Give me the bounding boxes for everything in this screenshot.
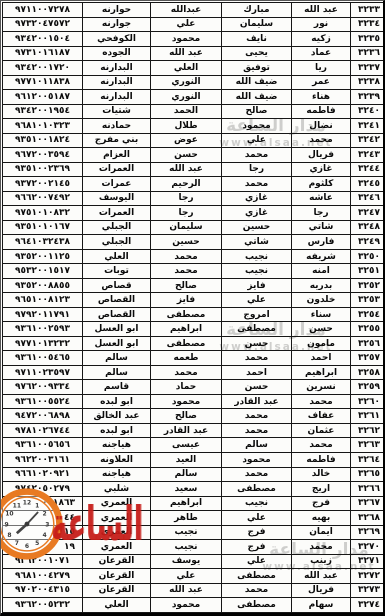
table-row: ٣٢٣٦عماديحيىعبد اللهالجوده٩٧٣١٠١٦١٨٧	[3, 46, 385, 61]
cell-father_name: نايف	[222, 32, 292, 47]
cell-grandfather_name: الحمد	[151, 104, 222, 119]
cell-national_id: ٩٤٧٢٠٠٦٨٩٨	[3, 409, 83, 424]
cell-father_name: علي	[222, 133, 292, 148]
cell-family_name: الكوفحي	[83, 32, 151, 47]
cell-family_name: هياجنه	[83, 467, 151, 482]
cell-father_name: مصطفى	[222, 322, 292, 337]
cell-family_name: القصاص	[83, 307, 151, 322]
cell-given_name: سناء	[292, 307, 351, 322]
cell-father_name: يحيى	[222, 46, 292, 61]
cell-national_id: ٩٣٥١٠٠٢٣٦٩	[3, 162, 83, 177]
cell-seq: ٣٢٤٤	[351, 162, 385, 177]
cell-father_name: محمد	[222, 409, 292, 424]
cell-family_name: اليوسف	[83, 191, 151, 206]
cell-seq: ٣٢٦٦	[351, 482, 385, 497]
cell-grandfather_name: طاهر	[151, 511, 222, 526]
cell-national_id: ٩٦٥١٠٠٨١٢٣	[3, 293, 83, 308]
cell-grandfather_name: طعمه	[151, 351, 222, 366]
cell-national_id: ٩٧٧١٠١٣٢٣٢	[3, 336, 83, 351]
table-row: ٣٢٤٥كلثوممحمدالرحيمعمرات٩٣٧٢٠٠٢١٤٥	[3, 177, 385, 192]
cell-grandfather_name: عبدالله	[151, 3, 222, 18]
cell-seq: ٣٢٦٩	[351, 525, 385, 540]
cell-family_name: بني مفرج	[83, 133, 151, 148]
cell-grandfather_name: عبد الله	[151, 162, 222, 177]
cell-grandfather_name: صالح	[151, 278, 222, 293]
cell-family_name: الجوده	[83, 46, 151, 61]
cell-national_id: ٩٣٥١٠١٠١٦٧	[3, 220, 83, 235]
cell-national_id: ٩٣٧٢٠٠٢١٤٥	[3, 177, 83, 192]
cell-grandfather_name: طلال	[151, 119, 222, 134]
cell-national_id: ٩٦٧٢٠٠٣٥٩٤	[3, 148, 83, 163]
cell-family_name: عمرات	[83, 177, 151, 192]
cell-father_name: مصطفى	[222, 598, 292, 613]
cell-father_name: ضيف الله	[222, 75, 292, 90]
table-row: ٣٢٥٤سناءامروجمصطفىالقصاص٩٧٩٢٠١١٧٩١	[3, 307, 385, 322]
cell-national_id: ٩٣٤٢٠٠١٧٢٠	[3, 61, 83, 76]
cell-grandfather_name: علي	[151, 17, 222, 32]
cell-family_name: العمرات	[83, 162, 151, 177]
cell-given_name: نور	[292, 17, 351, 32]
cell-grandfather_name: مصطفى	[151, 336, 222, 351]
cell-family_name: سالم	[83, 365, 151, 380]
cell-national_id: ٩٣٤٢٠٠١٥٠٤	[3, 32, 83, 47]
cell-family_name: قاسم	[83, 380, 151, 395]
cell-national_id: ٩٧٣٢٠٤٧٥٧٢	[3, 17, 83, 32]
cell-seq: ٣٢٤٩	[351, 235, 385, 250]
cell-grandfather_name: العلي	[151, 61, 222, 76]
cell-family_name: قصاص	[83, 278, 151, 293]
cell-grandfather_name: سعيد	[151, 482, 222, 497]
cell-seq: ٣٢٥٨	[351, 365, 385, 380]
cell-seq: ٣٢٦٧	[351, 496, 385, 511]
cell-family_name: البدارنه	[83, 90, 151, 105]
cell-seq: ٣٢٦٠	[351, 394, 385, 409]
cell-national_id: ٩٧٥١٠١٠٨٣٢	[3, 206, 83, 221]
cell-father_name: صالح	[222, 104, 292, 119]
cell-family_name: العمري	[83, 511, 151, 526]
table-row: ٣٢٧٠محمدفرجنجيبالعمري١٩	[3, 540, 385, 555]
table-row: ٣٢٣٩هناءضيف اللهالنوريالبدارنه٩٦١٢٠٠٥١٨٧	[3, 90, 385, 105]
cell-father_name: احمد	[222, 365, 292, 380]
table-row: ٣٢٤٤غازيرجاعبد اللهالعمرات٩٣٥١٠٠٢٣٦٩	[3, 162, 385, 177]
cell-national_id: ٩٣٦٢٠٠١٠٧١	[3, 554, 83, 569]
cell-family_name: العمرات	[83, 206, 151, 221]
table-row: ٣٢٤٠فاطمهصالحالحمدشتيات٩٣٤٢٠٠١٩٥٤	[3, 104, 385, 119]
cell-father_name: رجا	[222, 162, 292, 177]
table-row: ٣٢٥٣خلدونعليفايزالقصاص٩٦٥١٠٠٨١٢٣	[3, 293, 385, 308]
cell-father_name: عبد القادر	[222, 394, 292, 409]
cell-national_id: ٩٧٠٢٠٠٤٣١٥	[3, 583, 83, 598]
cell-national_id: ١٩	[3, 540, 83, 555]
cell-family_name: العمري	[83, 496, 151, 511]
cell-grandfather_name: عبد الله	[151, 583, 222, 598]
table-row: ٣٢٦٦اريجمصطفىسعيدشلبي٩٧٤٢٠٥٠٢٧٩	[3, 482, 385, 497]
cell-grandfather_name: محمد	[151, 264, 222, 279]
cell-given_name: اريج	[292, 482, 351, 497]
cell-seq: ٣٢٤١	[351, 119, 385, 134]
cell-family_name: توبات	[83, 264, 151, 279]
table-row: ٣٢٥٧احمدمحمدطعمهسالم٩٣٦١٠٠٥٤٦٥	[3, 351, 385, 366]
cell-given_name: عمر	[292, 75, 351, 90]
cell-family_name: البدارنه	[83, 75, 151, 90]
table-row: ٣٢٤١نضالمحمودطلالحمادنه٩٦٨١٠١٠٣٢٣	[3, 119, 385, 134]
cell-given_name: محمد	[292, 133, 351, 148]
cell-family_name: العلي	[83, 249, 151, 264]
cell-family_name: العمري	[83, 540, 151, 555]
cell-grandfather_name: سليمان	[151, 220, 222, 235]
cell-national_id: ٩٧١١٠٠٧٢٧٨	[3, 3, 83, 18]
cell-given_name: فريال	[292, 583, 351, 598]
cell-seq: ٣٢٥٠	[351, 249, 385, 264]
cell-seq: ٣٢٦٥	[351, 467, 385, 482]
table-row: ٣٢٣٣عبد اللهمباركعبداللهحوارنه٩٧١١٠٠٧٢٧٨	[3, 3, 385, 18]
cell-grandfather_name: سالم	[151, 467, 222, 482]
cell-seq: ٣٢٧٤	[351, 598, 385, 613]
cell-national_id: ٩٧١١٠٢٣٥٩٧	[3, 365, 83, 380]
cell-national_id: ٩٧٤٢٠٥٠٢٧٩	[3, 482, 83, 497]
cell-family_name: القصاص	[83, 293, 151, 308]
cell-given_name: فاطمه	[292, 104, 351, 119]
cell-given_name: زكيه	[292, 32, 351, 47]
table-row: ٣٢٧٤سهاممصطفىمحمودالعلي٩٣٦٢٠٠٥٢٣٢	[3, 598, 385, 613]
cell-father_name: محمد	[222, 583, 292, 598]
cell-father_name: فرج	[222, 540, 292, 555]
cell-grandfather_name: عبد القادر	[151, 423, 222, 438]
cell-seq: ٣٢٤٠	[351, 104, 385, 119]
cell-seq: ٣٢٥٣	[351, 293, 385, 308]
cell-grandfather_name: مصطفى	[151, 307, 222, 322]
table-row: ٣٢٦٢عثمانمحمدعبد القادرابو لبده٩٧٨١٠٢٦٧٤…	[3, 423, 385, 438]
cell-father_name: مصطفى	[222, 569, 292, 584]
cell-given_name: هناء	[292, 90, 351, 105]
cell-father_name: محمود	[222, 452, 292, 467]
cell-given_name: عاشه	[292, 191, 351, 206]
table-row: ٣٢٤٩فارسشاتيحسينالجبلي٩٦٤١٠٣٢٤٣٨	[3, 235, 385, 250]
cell-given_name: فاطمه	[292, 452, 351, 467]
cell-national_id: ٩٣٥٢٠٠٨٨٥٥	[3, 278, 83, 293]
cell-grandfather_name: حماد	[151, 380, 222, 395]
table-row: ٣٢٣٥زكيهنايفمحمودالكوفحي٩٣٤٢٠٠١٥٠٤	[3, 32, 385, 47]
cell-family_name: شلبي	[83, 482, 151, 497]
cell-grandfather_name: علي	[151, 569, 222, 584]
cell-seq: ٣٢٥٢	[351, 278, 385, 293]
cell-grandfather_name: محمود	[151, 598, 222, 613]
cell-father_name: فايز	[222, 278, 292, 293]
table-row: ٣٢٦٧فرجنجيبابراهيمالعمري٠١١٨٦٣	[3, 496, 385, 511]
cell-family_name: سالم	[83, 351, 151, 366]
cell-father_name: محمد	[222, 148, 292, 163]
cell-given_name: فريال	[292, 148, 351, 163]
cell-given_name: عبد الله	[292, 569, 351, 584]
cell-grandfather_name: نجيب	[151, 525, 222, 540]
cell-seq: ٣٢٦١	[351, 409, 385, 424]
cell-national_id: ٩٧٦٢٠٠٩٣٣٤	[3, 380, 83, 395]
cell-given_name: فارس	[292, 235, 351, 250]
cell-national_id: ٩٣٥١٠٠١٨٢٤	[3, 133, 83, 148]
cell-father_name: غازي	[222, 191, 292, 206]
table-row: ٣٢٥١امنهنجيبمحمدتوبات٩٥٣٢٠٠١٥١٧	[3, 264, 385, 279]
cell-given_name: رجا	[292, 206, 351, 221]
cell-family_name: ابو لبده	[83, 394, 151, 409]
cell-national_id: ٠١١٨٦٣	[3, 496, 83, 511]
cell-given_name: محمد	[292, 394, 351, 409]
table-row: ٣٢٦٤فاطمهمحمودالعيدالعلاونه٩٦٢٢٠٠٣١٦١	[3, 452, 385, 467]
cell-father_name: غازي	[222, 206, 292, 221]
cell-national_id: ٩٣٦١٠٠٥٤٦٥	[3, 351, 83, 366]
cell-father_name: فرج	[222, 525, 292, 540]
cell-seq: ٣٢٤٣	[351, 148, 385, 163]
cell-father_name: امروج	[222, 307, 292, 322]
cell-given_name: زينب	[292, 554, 351, 569]
cell-grandfather_name: عيسى	[151, 438, 222, 453]
cell-family_name: شتيات	[83, 104, 151, 119]
cell-given_name: محمد	[292, 438, 351, 453]
cell-family_name: جوارنه	[83, 17, 151, 32]
cell-family_name: القرعان	[83, 569, 151, 584]
cell-family_name: العزام	[83, 148, 151, 163]
cell-given_name: ابراهيم	[292, 365, 351, 380]
cell-grandfather_name: العيد	[151, 452, 222, 467]
table-row: ٣٢٦٠محمدعبد القادرمحمودابو لبده٩٣٦١٠٠٥٥٢…	[3, 394, 385, 409]
cell-grandfather_name: حسن	[151, 148, 222, 163]
cell-given_name: نضال	[292, 119, 351, 134]
table-row: ٣٢٦٨بهيهعليطاهرالعمري٤٤	[3, 511, 385, 526]
cell-grandfather_name: عبد الله	[151, 46, 222, 61]
cell-national_id: ٩٧٣١٠١٦١٨٧	[3, 46, 83, 61]
cell-grandfather_name: رجا	[151, 206, 222, 221]
cell-grandfather_name: حسين	[151, 235, 222, 250]
cell-family_name: البدارنه	[83, 61, 151, 76]
cell-family_name: القرعان	[83, 554, 151, 569]
scanned-roster-page: مدار الساعة www.alsaa.net مدار الساعة ww…	[0, 0, 385, 616]
cell-seq: ٣٢٧١	[351, 554, 385, 569]
cell-national_id: ٩٦٨١٠٠٤٢٧٩	[3, 569, 83, 584]
cell-national_id: ٩٧٧١٠١١٨٣٨	[3, 75, 83, 90]
cell-seq: ٣٢٦٨	[351, 511, 385, 526]
cell-seq: ٣٢٥٩	[351, 380, 385, 395]
cell-given_name: عبد الله	[292, 3, 351, 18]
cell-given_name: خالد	[292, 467, 351, 482]
cell-national_id: ٩٦٤١٠٣٢٤٣٨	[3, 235, 83, 250]
cell-grandfather_name: النوري	[151, 75, 222, 90]
cell-seq: ٣٢٤٦	[351, 191, 385, 206]
cell-national_id: ٩٦٦١٠٢٠٩٢١	[3, 467, 83, 482]
cell-family_name: ابو لبده	[83, 423, 151, 438]
table-row: ٣٢٥٨ابراهيماحمدمحمدسالم٩٧١١٠٢٣٥٩٧	[3, 365, 385, 380]
table-row: ٣٢٧٣فريالمحمدعبد اللهالقرعان٩٧٠٢٠٠٤٣١٥	[3, 583, 385, 598]
cell-seq: ٣٢٥٧	[351, 351, 385, 366]
cell-grandfather_name: محمد	[151, 249, 222, 264]
cell-grandfather_name: عوض	[151, 133, 222, 148]
cell-family_name: حوارنه	[83, 3, 151, 18]
cell-seq: ٣٢٣٤	[351, 17, 385, 32]
table-row: ٣٢٦٣محمدسالمعيسىهياجنه٩٣٦١٠٠٥٦٥٦	[3, 438, 385, 453]
cell-grandfather_name: ابراهيم	[151, 496, 222, 511]
cell-given_name: فرج	[292, 496, 351, 511]
cell-father_name: شاتي	[222, 235, 292, 250]
cell-given_name: احمد	[292, 351, 351, 366]
cell-national_id: ٩٧٨١٠٢٦٧٤٤	[3, 423, 83, 438]
table-row: ٣٢٤٦عاشهغازيرجااليوسف٩٦٦٢٠٠٧٤٩٢	[3, 191, 385, 206]
cell-grandfather_name: رجا	[151, 191, 222, 206]
cell-national_id: ٤٤	[3, 511, 83, 526]
cell-given_name: محمد	[292, 540, 351, 555]
cell-family_name: الجبلي	[83, 220, 151, 235]
table-row: ٣٢٣٧رياتوفيقالعليالبدارنه٩٣٤٢٠٠١٧٢٠	[3, 61, 385, 76]
cell-grandfather_name: فايز	[151, 293, 222, 308]
cell-father_name: محمود	[222, 119, 292, 134]
cell-father_name: حسن	[222, 336, 292, 351]
cell-seq: ٣٢٣٧	[351, 61, 385, 76]
cell-seq: ٣٢٣٥	[351, 32, 385, 47]
cell-grandfather_name: ابراهيم	[151, 322, 222, 337]
cell-grandfather_name: الرحيم	[151, 177, 222, 192]
cell-grandfather_name: محمود	[151, 32, 222, 47]
cell-given_name: حسن	[292, 322, 351, 337]
cell-seq: ٣٢٦٢	[351, 423, 385, 438]
cell-given_name: خلدون	[292, 293, 351, 308]
cell-national_id: ٩٦٢٢٠٠٣١٦١	[3, 452, 83, 467]
cell-grandfather_name: صالح	[151, 409, 222, 424]
cell-given_name: غازي	[292, 162, 351, 177]
table-row: ٣٢٥٩نسرينحسنحمادقاسم٩٧٦٢٠٠٩٣٣٤	[3, 380, 385, 395]
cell-national_id: ٩٦١٢٠٠٥١٨٧	[3, 90, 83, 105]
cell-national_id: ٩٣٦٢٠٠٥٢٣٢	[3, 598, 83, 613]
cell-family_name: عبد الخالق	[83, 409, 151, 424]
cell-family_name: ابو العسل	[83, 336, 151, 351]
cell-national_id: ٩٥٣٢٠٠١٥١٧	[3, 264, 83, 279]
cell-given_name: ايمان	[292, 525, 351, 540]
table-row: ٣٢٦٩ايمانفرجنجيبالعمري١٥	[3, 525, 385, 540]
table-row: ٣٢٥٦مامونحسنمصطفىابو العسل٩٧٧١٠١٣٢٣٢	[3, 336, 385, 351]
cell-national_id: ١٥	[3, 525, 83, 540]
table-row: ٣٢٧١زينبعلييوسفالقرعان٩٣٦٢٠٠١٠٧١	[3, 554, 385, 569]
table-row: ٣٢٤٧رجاغازيرجاالعمرات٩٧٥١٠١٠٨٣٢	[3, 206, 385, 221]
table-row: ٣٢٧٢عبد اللهمصطفىعليالقرعان٩٦٨١٠٠٤٢٧٩	[3, 569, 385, 584]
cell-family_name: العلي	[83, 598, 151, 613]
cell-father_name: محمد	[222, 467, 292, 482]
cell-family_name: العمري	[83, 525, 151, 540]
cell-grandfather_name: نجيب	[151, 540, 222, 555]
table-row: ٣٢٤٨شاتيحسينسليمانالجبلي٩٣٥١٠١٠١٦٧	[3, 220, 385, 235]
cell-seq: ٣٢٤٨	[351, 220, 385, 235]
cell-given_name: ريا	[292, 61, 351, 76]
cell-grandfather_name: يوسف	[151, 554, 222, 569]
cell-grandfather_name: محمود	[151, 394, 222, 409]
cell-national_id: ٩٣٦١٠٠٥٦٥٦	[3, 438, 83, 453]
table-row: ٣٢٤٢محمدعليعوضبني مفرج٩٣٥١٠٠١٨٢٤	[3, 133, 385, 148]
cell-family_name: ابو العسل	[83, 322, 151, 337]
cell-father_name: توفيق	[222, 61, 292, 76]
cell-father_name: نجيب	[222, 249, 292, 264]
cell-father_name: علي	[222, 511, 292, 526]
cell-given_name: شاتي	[292, 220, 351, 235]
cell-father_name: سليمان	[222, 17, 292, 32]
table-row: ٣٢٦١عفافمحمدصالحعبد الخالق٩٤٧٢٠٠٦٨٩٨	[3, 409, 385, 424]
cell-given_name: سهام	[292, 598, 351, 613]
table-row: ٣٢٥٠شريفهنجيبمحمدالعلي٩٣٥٢٠٠١١٢٥	[3, 249, 385, 264]
cell-given_name: امنه	[292, 264, 351, 279]
roster-sheet: ٣٢٣٣عبد اللهمباركعبداللهحوارنه٩٧١١٠٠٧٢٧٨…	[2, 2, 383, 613]
table-row: ٣٢٥٢بدريهفايزصالحقصاص٩٣٥٢٠٠٨٨٥٥	[3, 278, 385, 293]
cell-father_name: محمد	[222, 177, 292, 192]
table-row: ٣٢٣٤نورسليمانعليجوارنه٩٧٣٢٠٤٧٥٧٢	[3, 17, 385, 32]
cell-seq: ٣٢٤٢	[351, 133, 385, 148]
cell-given_name: عفاف	[292, 409, 351, 424]
cell-father_name: سالم	[222, 438, 292, 453]
cell-family_name: القرعان	[83, 583, 151, 598]
cell-father_name: نجيب	[222, 496, 292, 511]
cell-given_name: مامون	[292, 336, 351, 351]
cell-seq: ٣٢٤٥	[351, 177, 385, 192]
cell-father_name: علي	[222, 554, 292, 569]
cell-family_name: العلاونه	[83, 452, 151, 467]
cell-seq: ٣٢٥٦	[351, 336, 385, 351]
cell-national_id: ٩٣٤٢٠٠١٩٥٤	[3, 104, 83, 119]
cell-father_name: محمد	[222, 351, 292, 366]
cell-seq: ٣٢٥٤	[351, 307, 385, 322]
cell-father_name: مصطفى	[222, 482, 292, 497]
cell-seq: ٣٢٣٦	[351, 46, 385, 61]
cell-given_name: شريفه	[292, 249, 351, 264]
cell-father_name: محمد	[222, 423, 292, 438]
cell-father_name: مبارك	[222, 3, 292, 18]
cell-seq: ٣٢٥٥	[351, 322, 385, 337]
names-table: ٣٢٣٣عبد اللهمباركعبداللهحوارنه٩٧١١٠٠٧٢٧٨…	[2, 2, 385, 613]
cell-given_name: عماد	[292, 46, 351, 61]
table-row: ٣٢٣٨عمرضيف اللهالنوريالبدارنه٩٧٧١٠١١٨٣٨	[3, 75, 385, 90]
cell-seq: ٣٢٤٧	[351, 206, 385, 221]
cell-family_name: هياجنه	[83, 438, 151, 453]
cell-father_name: علي	[222, 293, 292, 308]
cell-national_id: ٩٣٦١٠٠٥٥٢٤	[3, 394, 83, 409]
cell-father_name: حسين	[222, 220, 292, 235]
cell-national_id: ٩٣٥٢٠٠١١٢٥	[3, 249, 83, 264]
cell-given_name: بدريه	[292, 278, 351, 293]
cell-seq: ٣٢٥١	[351, 264, 385, 279]
cell-given_name: كلثوم	[292, 177, 351, 192]
table-row: ٣٢٤٣فريالمحمدحسنالعزام٩٦٧٢٠٠٣٥٩٤	[3, 148, 385, 163]
cell-seq: ٣٢٧٢	[351, 569, 385, 584]
cell-national_id: ٩٧٩٢٠١١٧٩١	[3, 307, 83, 322]
cell-seq: ٣٢٦٤	[351, 452, 385, 467]
cell-father_name: نجيب	[222, 264, 292, 279]
cell-seq: ٣٢٣٩	[351, 90, 385, 105]
cell-father_name: حسن	[222, 380, 292, 395]
cell-seq: ٣٢٣٣	[351, 3, 385, 18]
cell-given_name: عثمان	[292, 423, 351, 438]
cell-father_name: ضيف الله	[222, 90, 292, 105]
cell-grandfather_name: النوري	[151, 90, 222, 105]
cell-seq: ٣٢٣٨	[351, 75, 385, 90]
cell-family_name: حمادنه	[83, 119, 151, 134]
cell-family_name: الجبلي	[83, 235, 151, 250]
cell-national_id: ٩٣٦١٠٠٢٥٩٣	[3, 322, 83, 337]
cell-given_name: بهيه	[292, 511, 351, 526]
cell-seq: ٣٢٧٣	[351, 583, 385, 598]
cell-seq: ٣٢٧٠	[351, 540, 385, 555]
cell-seq: ٣٢٦٣	[351, 438, 385, 453]
cell-national_id: ٩٦٨١٠١٠٣٢٣	[3, 119, 83, 134]
roster-body: ٣٢٣٣عبد اللهمباركعبداللهحوارنه٩٧١١٠٠٧٢٧٨…	[3, 3, 385, 613]
cell-national_id: ٩٦٦٢٠٠٧٤٩٢	[3, 191, 83, 206]
cell-given_name: نسرين	[292, 380, 351, 395]
table-row: ٣٢٥٥حسنمصطفىابراهيمابو العسل٩٣٦١٠٠٢٥٩٣	[3, 322, 385, 337]
table-row: ٣٢٦٥خالدمحمدسالمهياجنه٩٦٦١٠٢٠٩٢١	[3, 467, 385, 482]
cell-grandfather_name: محمد	[151, 365, 222, 380]
